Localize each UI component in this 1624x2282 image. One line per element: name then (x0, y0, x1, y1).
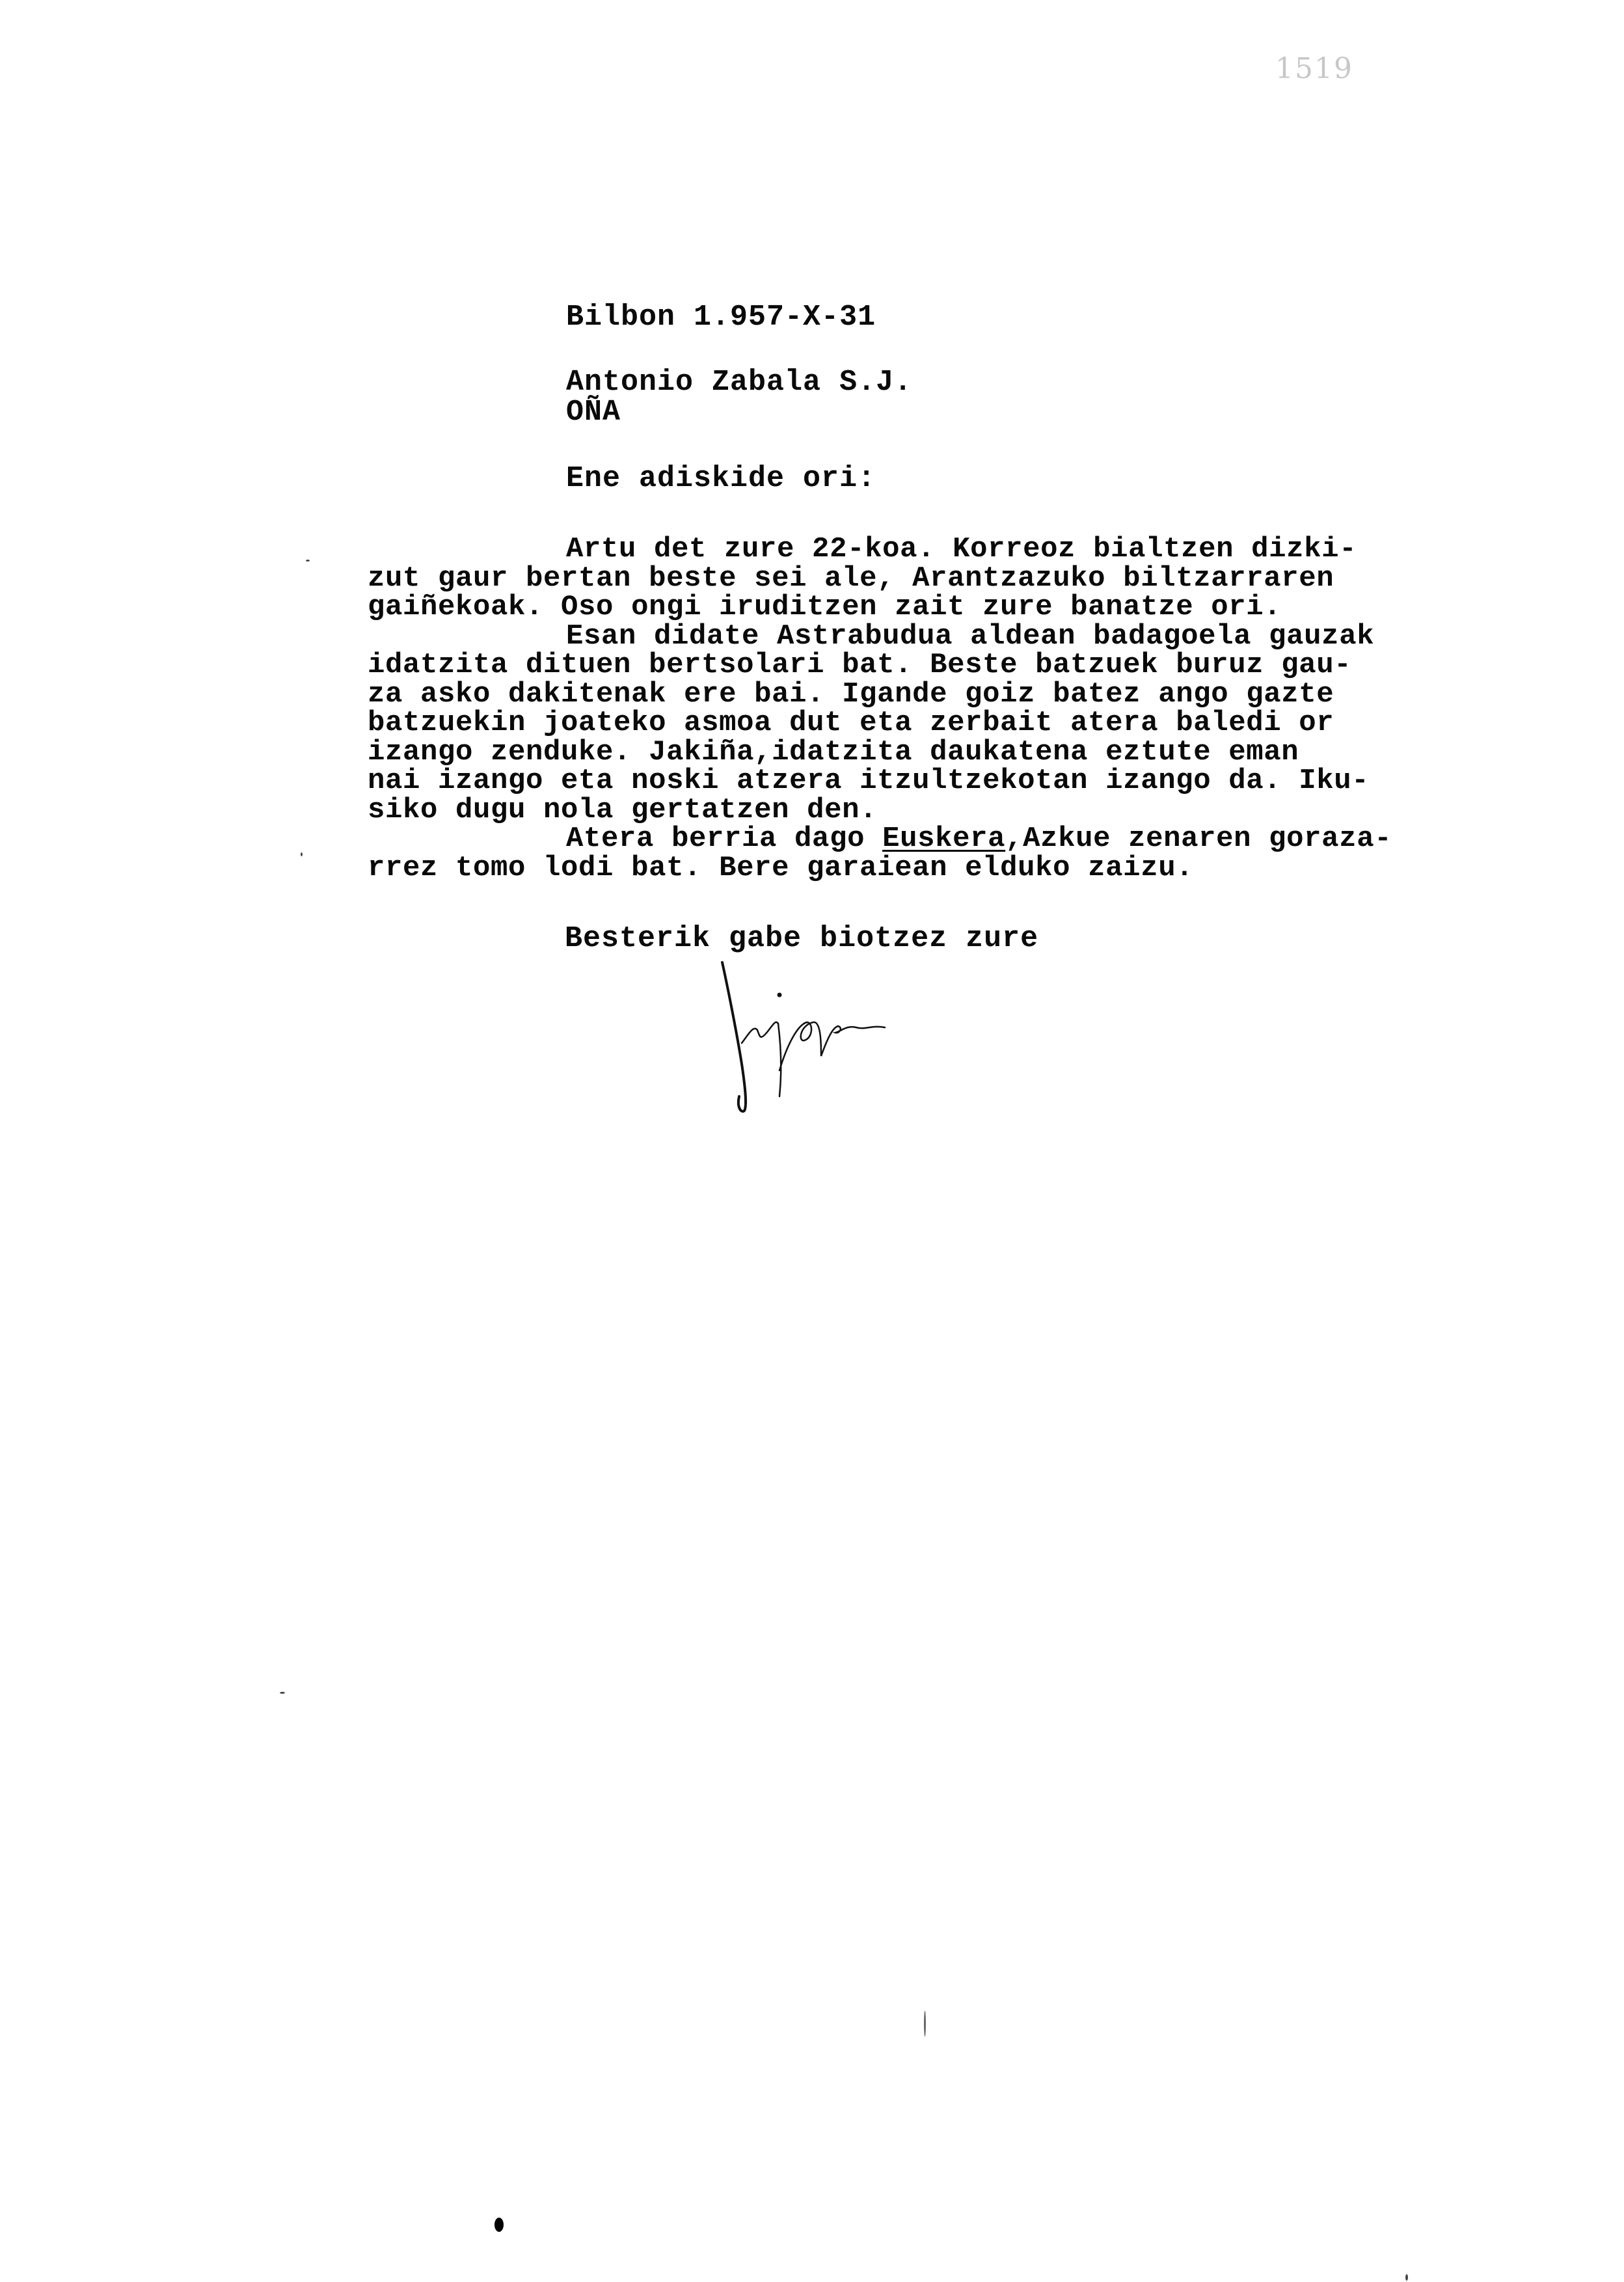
scan-speck (924, 2011, 926, 2037)
scan-speck (306, 560, 310, 562)
body-line-journal-mention: Atera berria dago Euskera,Azkue zenaren … (368, 824, 1487, 854)
letter-body: Artu det zure 22-koa. Korreoz bialtzen d… (368, 535, 1487, 882)
body-line: gaiñekoak. Oso ongi iruditzen zait zure … (368, 593, 1487, 622)
place-date-line: Bilbon 1.957-X-31 (566, 301, 876, 334)
body-line: izango zenduke. Jakiña,idatzita daukaten… (368, 738, 1487, 767)
scan-speck (1405, 2274, 1408, 2281)
archive-number-mark: 1519 (1275, 52, 1353, 85)
journal-title-euskera: Euskera (882, 822, 1005, 855)
letter-page: 1519 Bilbon 1.957-X-31 Antonio Zabala S.… (0, 0, 1624, 2282)
body-line: zut gaur bertan beste sei ale, Arantzazu… (368, 564, 1487, 593)
body-line: Esan didate Astrabudua aldean badagoela … (368, 622, 1487, 651)
text-fragment: Atera berria dago (566, 822, 882, 855)
body-line: rrez tomo lodi bat. Bere garaiean elduko… (368, 854, 1487, 883)
closing-line: Besterik gabe biotzez zure (565, 922, 1038, 955)
salutation: Ene adiskide ori: (566, 462, 876, 495)
body-line: siko dugu nola gertatzen den. (368, 796, 1487, 825)
body-line: idatzita dituen bertsolari bat. Beste ba… (368, 651, 1487, 680)
text-fragment: ,Azkue zenaren goraza- (1005, 822, 1392, 855)
scan-speck (280, 1692, 285, 1694)
body-line: Artu det zure 22-koa. Korreoz bialtzen d… (368, 535, 1487, 564)
scan-speck (301, 852, 303, 856)
recipient-name: Antonio Zabala S.J. (566, 366, 912, 399)
handwritten-signature (677, 960, 976, 1116)
ink-dot (494, 2218, 504, 2232)
body-line: za asko dakitenak ere bai. Igande goiz b… (368, 680, 1487, 709)
body-line: batzuekin joateko asmoa dut eta zerbait … (368, 709, 1487, 738)
recipient-place: OÑA (566, 396, 621, 429)
body-line: nai izango eta noski atzera itzultzekota… (368, 767, 1487, 796)
